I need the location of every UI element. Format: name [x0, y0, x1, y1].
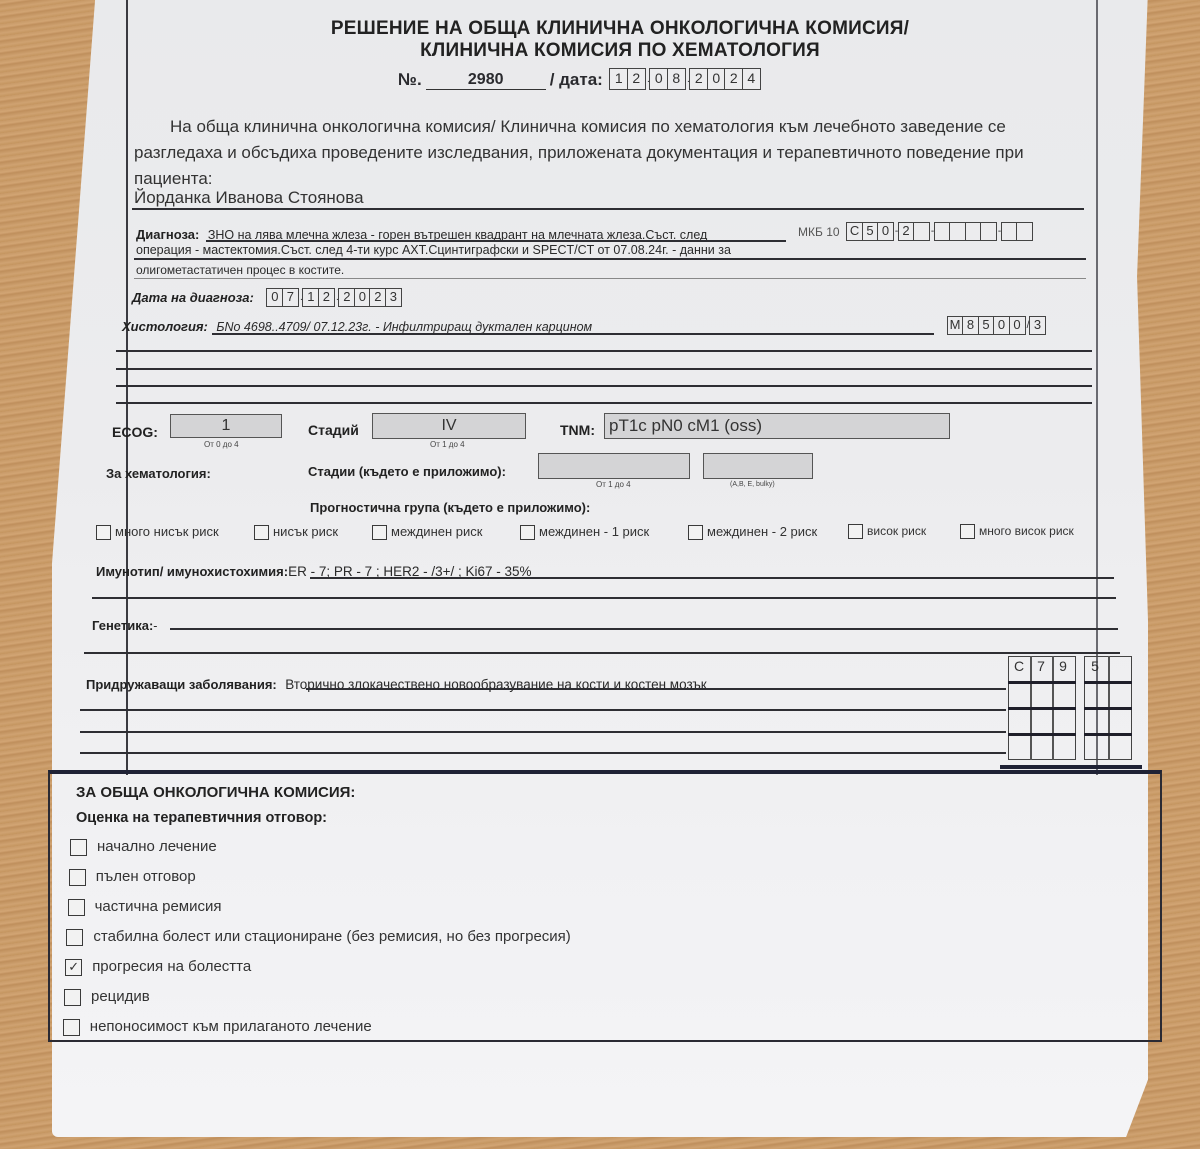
hematology-stage-caption: От 1 до 4 [596, 480, 631, 489]
mkb-code-field[interactable]: C50-2-- [848, 222, 1034, 241]
code-cell[interactable]: 5 [1084, 658, 1106, 680]
ecog-label: ECOG: [112, 424, 158, 440]
response-option[interactable]: стабилна болест или стациониране (без ре… [66, 928, 570, 946]
digit-box[interactable] [1016, 222, 1033, 241]
checkbox-icon[interactable] [688, 525, 703, 540]
response-option[interactable]: ✓прогресия на болестта [65, 958, 251, 976]
digit-box[interactable] [934, 222, 951, 241]
checkbox-icon[interactable] [68, 899, 85, 916]
checkbox-icon[interactable] [63, 1019, 80, 1036]
tnm-field[interactable]: pT1c pN0 cM1 (oss) [604, 413, 950, 439]
digit-box[interactable]: 2 [724, 68, 743, 90]
digit-box[interactable] [913, 222, 930, 241]
genetics-label: Генетика: [92, 618, 153, 633]
checkbox-icon[interactable] [848, 524, 863, 539]
histology-label: Хистология: [122, 319, 208, 334]
risk-option-label: междинен - 1 риск [539, 524, 649, 539]
response-option[interactable]: непоносимост към прилаганото лечение [63, 1018, 372, 1036]
digit-box[interactable] [965, 222, 982, 241]
digit-box[interactable] [1001, 222, 1018, 241]
stage-field[interactable]: IV [372, 413, 526, 439]
response-option[interactable]: частична ремисия [68, 898, 222, 916]
hematology-bulky-caption: (A,B, E, bulky) [730, 481, 775, 488]
risk-option[interactable]: нисък риск [254, 524, 338, 540]
diagnosis-date-field[interactable]: 07.12.2023 [268, 288, 402, 307]
checkbox-icon[interactable] [960, 524, 975, 539]
intro-paragraph: На обща клинична онкологична комисия/ Кл… [134, 114, 1084, 192]
response-option[interactable]: начално лечение [70, 838, 217, 856]
comorbidities-label: Придружаващи заболявания: [86, 677, 277, 692]
digit-box[interactable]: M [947, 316, 964, 335]
ecog-caption: От 0 до 4 [204, 440, 239, 449]
general-commission-title: ЗА ОБЩА ОНКОЛОГИЧНА КОМИСИЯ: [76, 784, 355, 801]
checkbox-icon[interactable] [66, 929, 83, 946]
diagnosis-date-row: Дата на диагноза: 07.12.2023 [132, 288, 402, 307]
digit-box[interactable]: 2 [338, 288, 355, 307]
genetics-value[interactable]: - [153, 619, 157, 633]
digit-box[interactable]: 3 [385, 288, 402, 307]
date-label: / дата: [550, 70, 603, 90]
form-date-field[interactable]: 12.08.2024 [611, 68, 761, 90]
stage-label: Стадий [308, 422, 359, 438]
digit-box[interactable]: 2 [689, 68, 708, 90]
digit-box[interactable]: 2 [627, 68, 646, 90]
risk-option[interactable]: много висок риск [960, 524, 1074, 539]
histology-value[interactable]: БNo 4698..4709/ 07.12.23г. - Инфилтриращ… [216, 320, 592, 334]
response-option-label: непоносимост към прилаганото лечение [90, 1018, 372, 1035]
checkbox-icon[interactable] [96, 525, 111, 540]
hematology-stage-field[interactable] [538, 453, 690, 479]
digit-box[interactable]: 5 [978, 316, 995, 335]
code-cell[interactable] [1108, 658, 1130, 680]
response-option-label: прогресия на болестта [92, 958, 251, 975]
intro-text: На обща клинична онкологична комисия/ Кл… [134, 117, 1024, 188]
digit-box[interactable] [949, 222, 966, 241]
comorbidities-row: Придружаващи заболявания: Вторично злока… [86, 676, 707, 694]
genetics-row: Генетика:- [92, 617, 157, 635]
checkbox-icon[interactable] [70, 839, 87, 856]
response-option-label: стабилна болест или стациониране (без ре… [93, 928, 570, 945]
form-number-row: №. 2980 / дата: 12.08.2024 [398, 68, 761, 90]
response-label: Оценка на терапевтичния отговор: [76, 810, 327, 826]
risk-option-label: висок риск [867, 524, 926, 538]
hematology-bulky-field[interactable] [703, 453, 813, 479]
checkbox-icon[interactable] [372, 525, 387, 540]
digit-box[interactable]: 0 [993, 316, 1010, 335]
form-title-line2: КЛИНИЧНА КОМИСИЯ ПО ХЕМАТОЛОГИЯ [240, 40, 1000, 62]
patient-name-field[interactable]: Йорданка Иванова Стоянова [134, 188, 364, 208]
mkb-code-row: МКБ 10 C50-2-- [798, 222, 1033, 241]
checkbox-icon[interactable] [69, 869, 86, 886]
ecog-field[interactable]: 1 [170, 414, 282, 438]
risk-option[interactable]: много нисък риск [96, 524, 219, 540]
digit-box[interactable]: 8 [962, 316, 979, 335]
hematology-label: За хематология: [106, 466, 211, 481]
digit-box[interactable]: 1 [609, 68, 628, 90]
digit-box[interactable]: 2 [318, 288, 335, 307]
risk-option-label: междинен - 2 риск [707, 524, 817, 539]
code-cell[interactable]: C [1008, 658, 1030, 680]
risk-option[interactable]: висок риск [848, 524, 926, 539]
mkb-label: МКБ 10 [798, 225, 840, 239]
risk-option-label: нисък риск [273, 524, 338, 539]
code-cell[interactable]: 7 [1030, 658, 1052, 680]
diagnosis-label: Диагноза: [136, 227, 199, 242]
digit-box[interactable]: 2 [369, 288, 386, 307]
risk-option[interactable]: междинен риск [372, 524, 482, 540]
form-title-line1: РЕШЕНИЕ НА ОБЩА КЛИНИЧНА ОНКОЛОГИЧНА КОМ… [240, 18, 1000, 40]
risk-option-label: междинен риск [391, 524, 482, 539]
checkbox-icon[interactable] [64, 989, 81, 1006]
risk-option-label: много висок риск [979, 524, 1074, 538]
digit-box[interactable]: 4 [742, 68, 761, 90]
digit-box[interactable]: C [846, 222, 863, 241]
diagnosis-date-label: Дата на диагноза: [132, 290, 254, 305]
checkbox-icon[interactable] [254, 525, 269, 540]
digit-box[interactable] [980, 222, 997, 241]
histology-code-field[interactable]: M8500/3 [948, 316, 1046, 335]
code-cell[interactable]: 9 [1052, 658, 1074, 680]
checked-checkbox-icon[interactable]: ✓ [65, 959, 82, 976]
digit-box[interactable]: 0 [1009, 316, 1026, 335]
risk-option-label: много нисък риск [115, 524, 219, 539]
response-option-label: пълен отговор [96, 868, 196, 885]
tnm-label: TNM: [560, 422, 595, 438]
risk-option[interactable]: междинен - 1 риск [520, 524, 649, 540]
diagnosis-line3[interactable]: олигометастатичен процес в костите. [136, 263, 344, 277]
digit-box[interactable]: 0 [707, 68, 726, 90]
diagnosis-line2[interactable]: операция - мастектомия.Съст. след 4-ти к… [136, 243, 731, 257]
digit-box[interactable]: 0 [354, 288, 371, 307]
hematology-stages-label: Стадии (където е приложимо): [308, 464, 506, 479]
response-option-label: частична ремисия [95, 898, 222, 915]
checkbox-icon[interactable] [520, 525, 535, 540]
digit-box[interactable]: 5 [862, 222, 879, 241]
digit-box[interactable]: 0 [649, 68, 668, 90]
response-option-label: начално лечение [97, 838, 217, 855]
response-option[interactable]: пълен отговор [69, 868, 196, 886]
digit-box[interactable]: 8 [667, 68, 686, 90]
risk-option[interactable]: междинен - 2 риск [688, 524, 817, 540]
digit-box[interactable]: 1 [302, 288, 319, 307]
response-option-label: рецидив [91, 988, 150, 1005]
number-label: №. [398, 70, 422, 90]
stage-caption: От 1 до 4 [430, 440, 465, 449]
immuno-label: Имунотип/ имунохистохимия: [96, 564, 288, 579]
digit-box[interactable]: 7 [282, 288, 299, 307]
comorbidities-value[interactable]: Вторично злокачествено новообразувание н… [285, 677, 707, 692]
digit-box[interactable]: 0 [266, 288, 283, 307]
digit-box[interactable]: 3 [1029, 316, 1046, 335]
response-option[interactable]: рецидив [64, 988, 150, 1006]
form-number-field[interactable]: 2980 [426, 71, 546, 90]
digit-box[interactable]: 0 [877, 222, 894, 241]
digit-box[interactable]: 2 [898, 222, 915, 241]
prognostic-group-label: Прогностична група (където е приложимо): [310, 500, 590, 515]
